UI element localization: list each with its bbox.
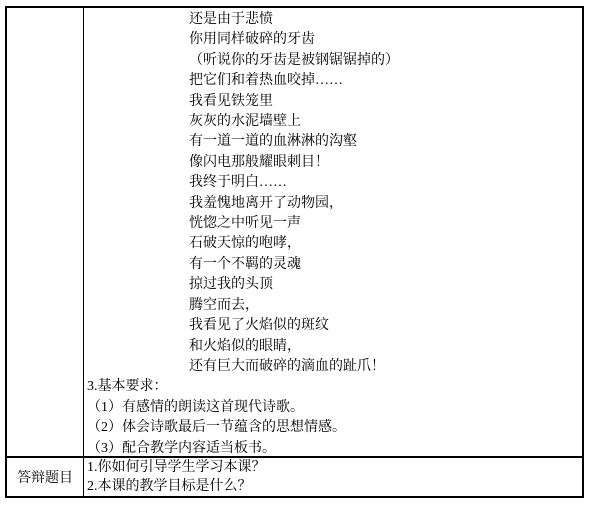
poem-line: 你用同样破碎的牙齿	[84, 30, 582, 50]
poem-line: 我看见了火焰似的斑纹	[84, 316, 582, 336]
requirement-item: （2）体会诗歌最后一节蕴含的思想情感。	[84, 418, 582, 438]
poem-line: 还有巨大而破碎的滴血的趾爪！	[84, 357, 582, 377]
main-row: 还是由于悲愤 你用同样破碎的牙齿 （听说你的牙齿是被钢锯锯掉的） 把它们和着热血…	[7, 8, 582, 458]
poem-line: 我终于明白……	[84, 173, 582, 193]
poem-line: 和火焰似的眼睛，	[84, 337, 582, 357]
poem-line: 把它们和着热血咬掉……	[84, 71, 582, 91]
main-row-empty-label-cell	[7, 8, 84, 456]
poem-line: 腾空而去，	[84, 296, 582, 316]
defense-row-label: 答辩题目	[7, 458, 84, 496]
requirements-title: 3.基本要求：	[84, 377, 582, 397]
defense-row: 答辩题目 1.你如何引导学生学习本课？ 2.本课的教学目标是什么？	[7, 458, 582, 496]
requirement-item: （1）有感情的朗读这首现代诗歌。	[84, 398, 582, 418]
poem-line: 我看见铁笼里	[84, 92, 582, 112]
defense-question: 2.本课的教学目标是什么？	[87, 478, 582, 497]
defense-questions-cell: 1.你如何引导学生学习本课？ 2.本课的教学目标是什么？	[84, 458, 582, 496]
document-page: 还是由于悲愤 你用同样破碎的牙齿 （听说你的牙齿是被钢锯锯掉的） 把它们和着热血…	[0, 0, 592, 505]
requirement-item: （3）配合教学内容适当板书。	[84, 439, 582, 456]
defense-question: 1.你如何引导学生学习本课？	[87, 459, 582, 478]
poem-line: 有一道一道的血淋淋的沟壑	[84, 132, 582, 152]
poem-line: 石破天惊的咆哮，	[84, 234, 582, 254]
poem-line: 我羞愧地离开了动物园，	[84, 194, 582, 214]
poem-line: 还是由于悲愤	[84, 10, 582, 30]
poem-line: 有一个不羁的灵魂	[84, 255, 582, 275]
poem-line: 灰灰的水泥墙壁上	[84, 112, 582, 132]
main-content-cell: 还是由于悲愤 你用同样破碎的牙齿 （听说你的牙齿是被钢锯锯掉的） 把它们和着热血…	[84, 8, 582, 456]
poem-line: 恍惚之中听见一声	[84, 214, 582, 234]
poem-line: 掠过我的头顶	[84, 275, 582, 295]
poem-line: 像闪电那般耀眼刺目！	[84, 153, 582, 173]
poem-line: （听说你的牙齿是被钢锯锯掉的）	[84, 51, 582, 71]
lesson-plan-table: 还是由于悲愤 你用同样破碎的牙齿 （听说你的牙齿是被钢锯锯掉的） 把它们和着热血…	[5, 6, 584, 498]
